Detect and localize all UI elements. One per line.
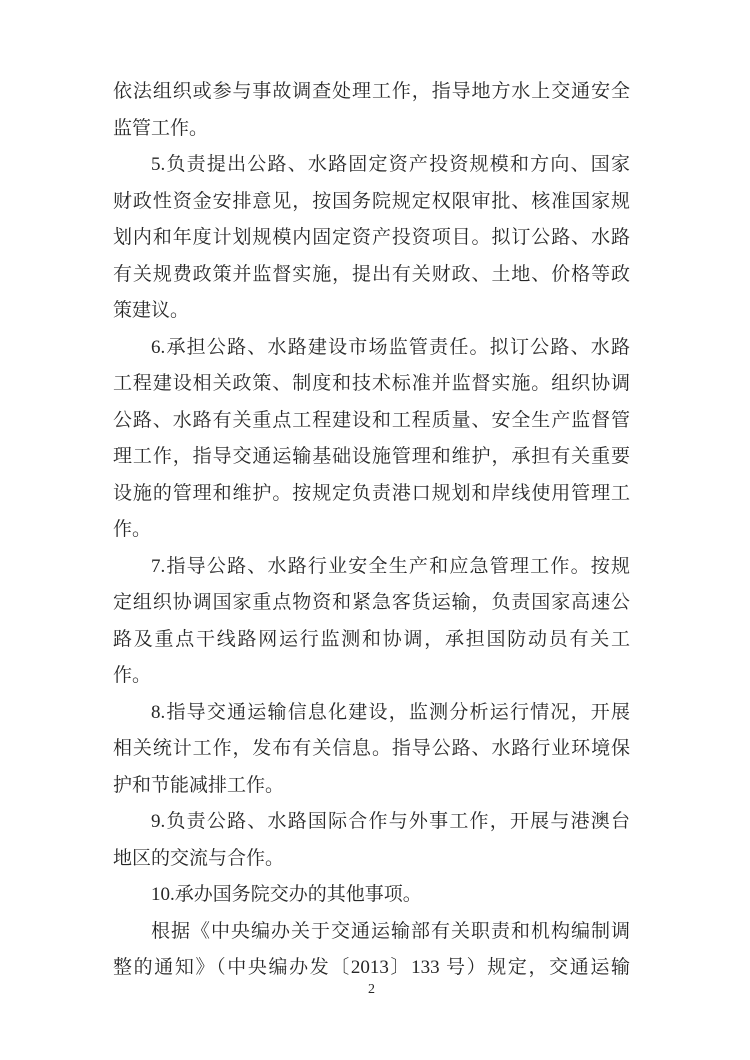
text-line: 8.指导交通运输信息化建设，监测分析运行情况，开展 (113, 695, 630, 732)
document-page: 依法组织或参与事故调查处理工作，指导地方水上交通安全监管工作。5.负责提出公路、… (0, 0, 750, 1060)
document-body: 依法组织或参与事故调查处理工作，指导地方水上交通安全监管工作。5.负责提出公路、… (113, 74, 630, 987)
text-line: 公路、水路有关重点工程建设和工程质量、安全生产监督管 (113, 403, 630, 440)
text-line: 理工作，指导交通运输基础设施管理和维护，承担有关重要 (113, 439, 630, 476)
text-line: 作。 (113, 658, 630, 695)
text-line: 7.指导公路、水路行业安全生产和应急管理工作。按规 (113, 549, 630, 586)
text-line: 依法组织或参与事故调查处理工作，指导地方水上交通安全 (113, 74, 630, 111)
text-line: 划内和年度计划规模内固定资产投资项目。拟订公路、水路 (113, 220, 630, 257)
page-number: 2 (113, 982, 630, 997)
text-line: 路及重点干线路网运行监测和协调，承担国防动员有关工 (113, 622, 630, 659)
text-line: 作。 (113, 512, 630, 549)
text-line: 工程建设相关政策、制度和技术标准并监督实施。组织协调 (113, 366, 630, 403)
text-line: 设施的管理和维护。按规定负责港口规划和岸线使用管理工 (113, 476, 630, 513)
text-line: 5.负责提出公路、水路固定资产投资规模和方向、国家 (113, 147, 630, 184)
text-line: 定组织协调国家重点物资和紧急客货运输，负责国家高速公 (113, 585, 630, 622)
text-line: 9.负责公路、水路国际合作与外事工作，开展与港澳台 (113, 804, 630, 841)
text-line: 财政性资金安排意见，按国务院规定权限审批、核准国家规 (113, 184, 630, 221)
text-line: 监管工作。 (113, 111, 630, 148)
text-line: 根据《中央编办关于交通运输部有关职责和机构编制调 (113, 914, 630, 951)
text-line: 10.承办国务院交办的其他事项。 (113, 877, 630, 914)
text-line: 地区的交流与合作。 (113, 841, 630, 878)
text-line: 6.承担公路、水路建设市场监管责任。拟订公路、水路 (113, 330, 630, 367)
text-line: 护和节能减排工作。 (113, 768, 630, 805)
text-line: 相关统计工作，发布有关信息。指导公路、水路行业环境保 (113, 731, 630, 768)
text-line: 有关规费政策并监督实施，提出有关财政、土地、价格等政 (113, 257, 630, 294)
text-line: 策建议。 (113, 293, 630, 330)
